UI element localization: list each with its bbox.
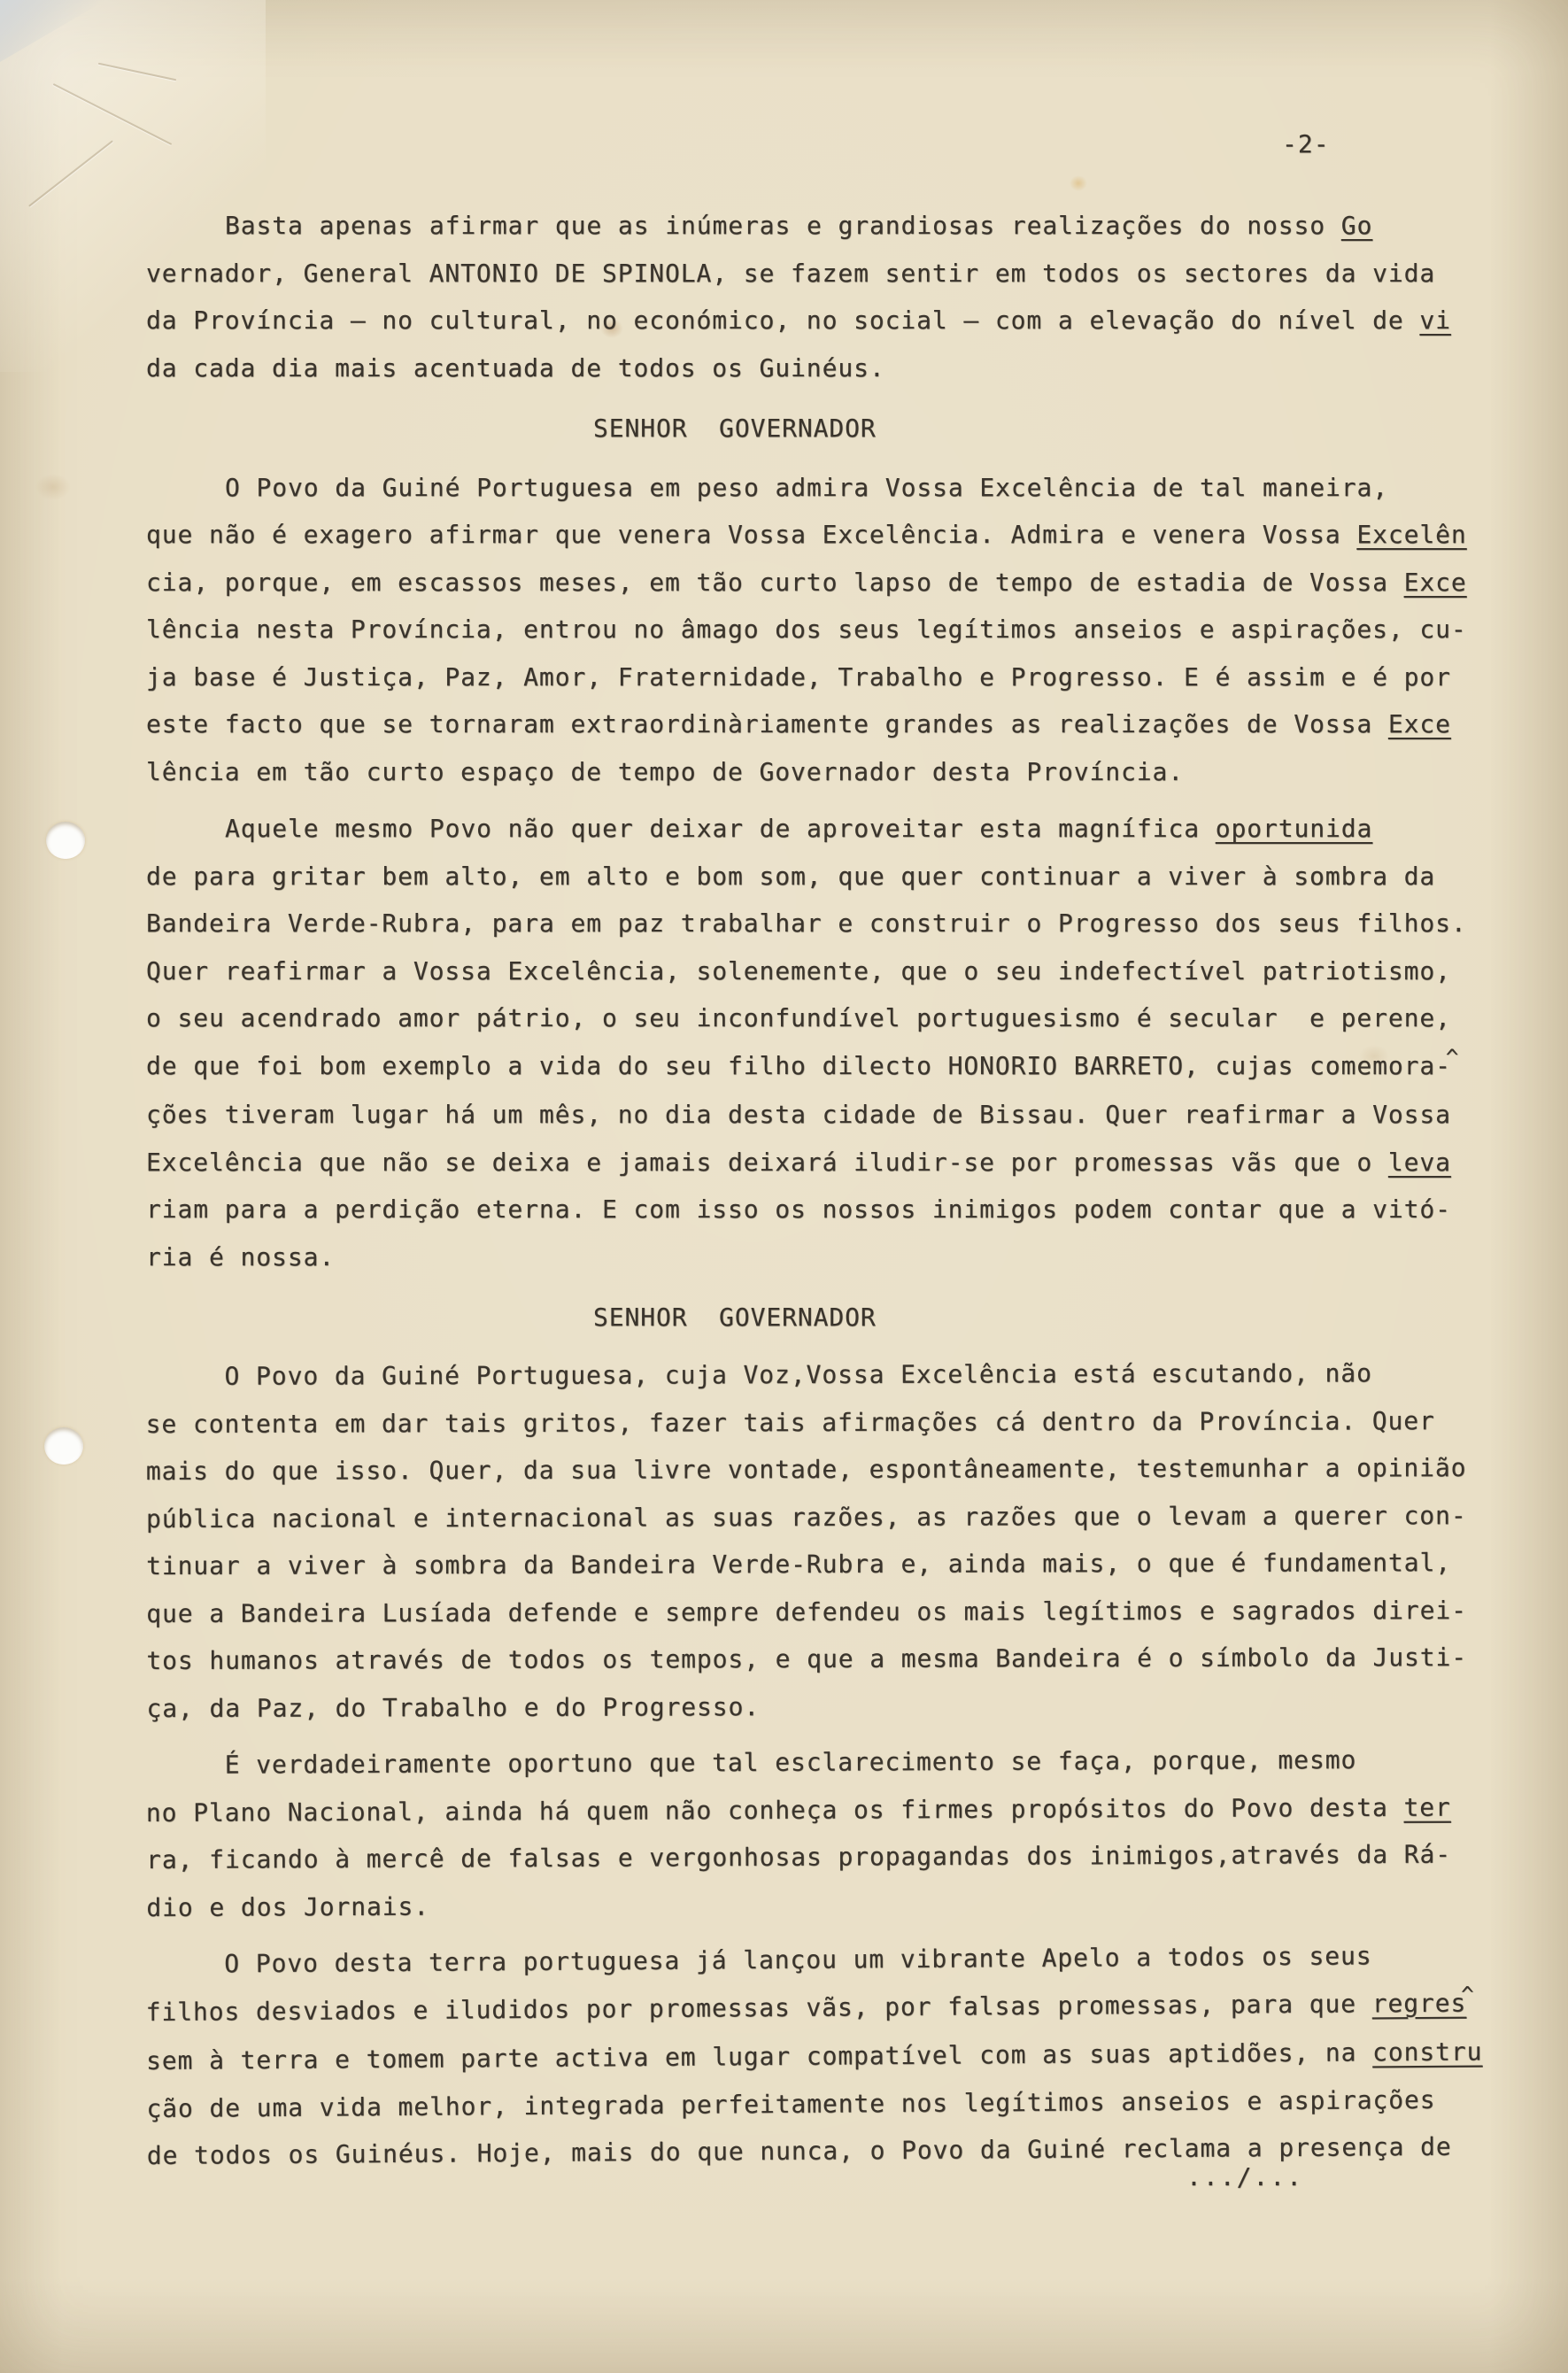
typed-line: Aquele mesmo Povo não quer deixar de apr… — [146, 805, 1501, 853]
typed-line: riam para a perdição eterna. E com isso … — [146, 1186, 1501, 1233]
paper-stain — [35, 474, 71, 500]
paper-stain — [1070, 175, 1087, 191]
typed-line: pública nacional e internacional as suas… — [146, 1491, 1501, 1542]
typed-line: este facto que se tornaram extraordinàri… — [146, 700, 1501, 748]
punch-hole-bottom — [44, 1427, 83, 1465]
typed-line: ria é nossa. — [146, 1233, 1501, 1281]
typed-line: mais do que isso. Quer, da sua livre von… — [146, 1443, 1501, 1495]
typed-line: da Província – no cultural, no económico… — [146, 297, 1501, 344]
page-corner-tear — [0, 0, 106, 62]
typed-line: cia, porque, em escassos meses, em tão c… — [146, 559, 1501, 607]
page-number: -2- — [1282, 129, 1330, 158]
paragraph: O Povo da Guiné Portuguesa, cuja Voz,Vos… — [145, 1349, 1501, 1731]
paragraph: Basta apenas afirmar que as inúmeras e g… — [146, 202, 1501, 391]
section-heading: SENHOR GOVERNADOR — [593, 1294, 1501, 1341]
continuation-mark: .../... — [1186, 2162, 1303, 2191]
typed-line: da cada dia mais acentuada de todos os G… — [146, 344, 1501, 392]
typed-line: É verdadeiramente oportuno que tal escla… — [146, 1735, 1501, 1789]
typed-line: tos humanos através de todos os tempos, … — [146, 1633, 1501, 1684]
typed-line: Bandeira Verde-Rubra, para em paz trabal… — [146, 900, 1501, 947]
typed-line: sem à terra e tomem parte activa em luga… — [146, 2028, 1501, 2084]
punch-hole-top — [46, 822, 85, 859]
typed-line: dio e dos Jornais. — [146, 1877, 1501, 1930]
typed-line: de que foi bom exemplo a vida do seu fil… — [146, 1042, 1501, 1092]
typed-line: no Plano Nacional, ainda há quem não con… — [146, 1782, 1501, 1836]
typed-line: lência em tão curto espaço de tempo de G… — [146, 748, 1501, 796]
paragraph: Aquele mesmo Povo não quer deixar de apr… — [146, 805, 1501, 1280]
crease-line — [98, 63, 176, 81]
typed-line: que não é exagero afirmar que venera Vos… — [146, 511, 1501, 559]
typed-line: Excelência que não se deixa e jamais dei… — [146, 1139, 1501, 1186]
typed-correction-mark: ^ — [1461, 1971, 1475, 2019]
typed-line: que a Bandeira Lusíada defende e sempre … — [146, 1586, 1501, 1637]
typed-line: ção de uma vida melhor, integrada perfei… — [146, 2075, 1501, 2131]
typed-line: Quer reafirmar a Vossa Excelência, solen… — [146, 947, 1501, 995]
crease-line — [53, 83, 173, 145]
typed-text-body: Basta apenas afirmar que as inúmeras e g… — [146, 202, 1501, 2179]
typed-correction-mark: ^ — [1446, 1034, 1459, 1082]
typed-line: ções tiveram lugar há um mês, no dia des… — [146, 1091, 1501, 1139]
typed-line: filhos desviados e iludidos por promessa… — [145, 1978, 1500, 2037]
typed-line: O Povo desta terra portuguesa já lançou … — [145, 1931, 1500, 1988]
crease-line — [28, 140, 113, 206]
typed-line: de para gritar bem alto, em alto e bom s… — [146, 853, 1501, 901]
typed-line: vernador, General ANTONIO DE SPINOLA, se… — [146, 250, 1501, 298]
typed-line: O Povo da Guiné Portuguesa em peso admir… — [146, 464, 1501, 512]
section-heading: SENHOR GOVERNADOR — [593, 405, 1501, 452]
paragraph: O Povo desta terra portuguesa já lançou … — [145, 1931, 1502, 2179]
typed-line: ça, da Paz, do Trabalho e do Progresso. — [146, 1681, 1501, 1732]
typed-line: ra, ficando à mercê de falsas e vergonho… — [146, 1830, 1501, 1883]
paragraph: É verdadeiramente oportuno que tal escla… — [146, 1735, 1502, 1931]
typed-line: Basta apenas afirmar que as inúmeras e g… — [146, 202, 1501, 250]
typed-line: ja base é Justiça, Paz, Amor, Fraternida… — [146, 653, 1501, 701]
typed-line: lência nesta Província, entrou no âmago … — [146, 606, 1501, 653]
scanned-typewritten-page: -2- Basta apenas afirmar que as inúmeras… — [0, 0, 1568, 2373]
typed-line: o seu acendrado amor pátrio, o seu incon… — [146, 994, 1501, 1042]
typed-line: O Povo da Guiné Portuguesa, cuja Voz,Vos… — [145, 1349, 1500, 1400]
paragraph: O Povo da Guiné Portuguesa em peso admir… — [146, 464, 1501, 796]
typed-line: tinuar a viver à sombra da Bandeira Verd… — [146, 1538, 1501, 1589]
typed-line: se contenta em dar tais gritos, fazer ta… — [146, 1396, 1501, 1448]
